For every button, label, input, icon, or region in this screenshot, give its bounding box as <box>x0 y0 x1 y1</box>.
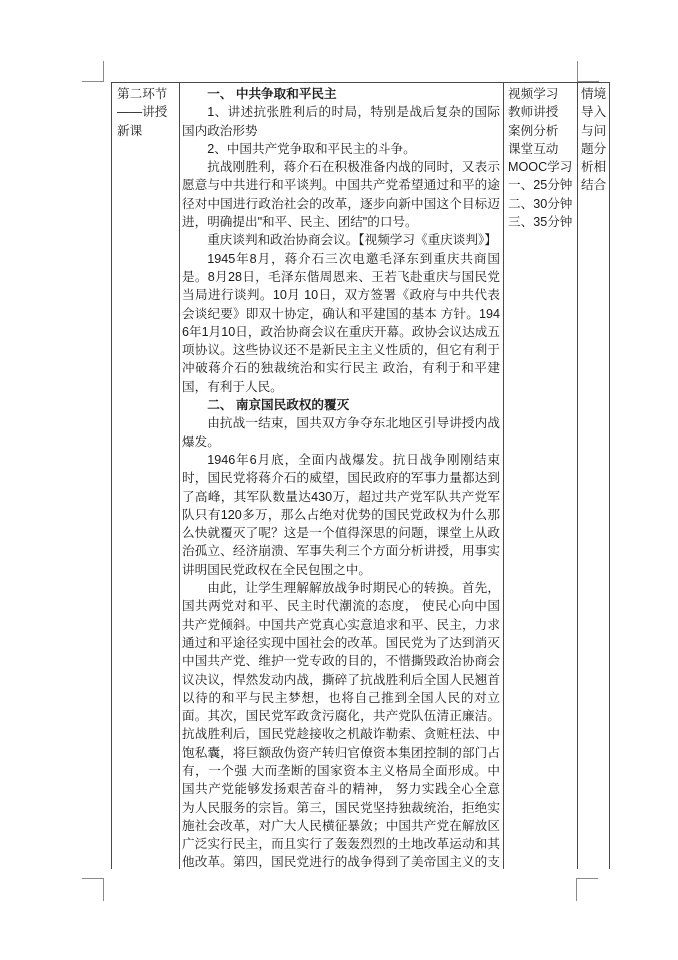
paragraph-point-1: 1、讲述抗张胜利后的时局，特别是战后复杂的国际国内政治形势 <box>182 103 500 140</box>
approach-char: 相 <box>594 158 607 176</box>
paragraph-civil-war-lead-in: 由抗战一结束，国共双方争夺东北地区引导讲授内战爆发。 <box>182 414 500 451</box>
approach-char: 入 <box>594 103 607 121</box>
crop-mark-bottom-left <box>82 878 104 901</box>
method-line-class-interaction: 课堂互动 <box>508 140 577 158</box>
approach-line: 情境 <box>581 85 606 103</box>
method-line-duration-1: 一、25分钟 <box>508 176 577 194</box>
method-line-case-analysis: 案例分析 <box>508 122 577 140</box>
approach-char: 题 <box>581 140 594 158</box>
approach-char: 合 <box>594 176 607 194</box>
method-line-video-study: 视频学习 <box>508 85 577 103</box>
method-line-duration-3: 三、35分钟 <box>508 213 577 231</box>
paragraph-chongqing-negotiation: 1945年8月，蒋介石三次电邀毛泽东到重庆共商国是。8月28日，毛泽东偕周恩来、… <box>182 250 500 396</box>
approach-char: 结 <box>581 176 594 194</box>
content-cell: 一、 中共争取和平民主 1、讲述抗张胜利后的时局，特别是战后复杂的国际国内政治形… <box>180 83 504 869</box>
crop-mark-top-left <box>82 61 104 82</box>
approach-line: 导入 <box>581 103 606 121</box>
paragraph-peace-talks-intro: 抗战刚胜利，蒋介石在积极准备内战的同时，又表示愿意与中共进行和平谈判。中国共产党… <box>182 158 500 231</box>
paragraph-civil-war-outbreak: 1946年6月底，全面内战爆发。抗日战争刚刚结束时，国民党将蒋介石的威望，国民政… <box>182 451 500 579</box>
approach-line: 结合 <box>581 176 606 194</box>
approach-line: 与问 <box>581 122 606 140</box>
approach-char: 分 <box>594 140 607 158</box>
approach-char: 析 <box>581 158 594 176</box>
lesson-plan-table: 第二环节——讲授新课 一、 中共争取和平民主 1、讲述抗张胜利后的时局，特别是战… <box>111 82 610 869</box>
crop-mark-top-right <box>577 61 599 82</box>
approach-char: 导 <box>581 103 594 121</box>
approach-char: 情 <box>581 85 594 103</box>
approach-line: 题分 <box>581 140 606 158</box>
method-line-teacher-lecture: 教师讲授 <box>508 103 577 121</box>
approach-char: 问 <box>594 122 607 140</box>
crop-mark-bottom-right <box>576 878 598 901</box>
teaching-method-cell: 视频学习 教师讲授 案例分析 课堂互动 MOOC学习 一、25分钟 二、30分钟… <box>504 83 578 869</box>
section-2-heading: 二、 南京国民政权的覆灭 <box>182 396 500 414</box>
approach-line: 析相 <box>581 158 606 176</box>
method-line-mooc-study: MOOC学习 <box>508 158 577 176</box>
document-page: 第二环节——讲授新课 一、 中共争取和平民主 1、讲述抗张胜利后的时局，特别是战… <box>0 0 678 960</box>
paragraph-point-2: 2、中国共产党争取和平民主的斗争。 <box>182 140 500 158</box>
stage-label: 第二环节——讲授新课 <box>117 85 176 140</box>
stage-cell: 第二环节——讲授新课 <box>112 83 180 869</box>
paragraph-popular-support-analysis: 由此，让学生理解解放战争时期民心的转换。首先，国共两党对和平、民主时代潮流的态度… <box>182 579 500 869</box>
approach-char: 境 <box>594 85 607 103</box>
method-line-duration-2: 二、30分钟 <box>508 195 577 213</box>
approach-char: 与 <box>581 122 594 140</box>
section-1-heading: 一、 中共争取和平民主 <box>182 85 500 103</box>
approach-cell: 情境 导入 与问 题分 析相 结合 <box>578 83 609 869</box>
paragraph-chongqing-video: 重庆谈判和政治协商会议。【视频学习《重庆谈判》】 <box>182 231 500 249</box>
